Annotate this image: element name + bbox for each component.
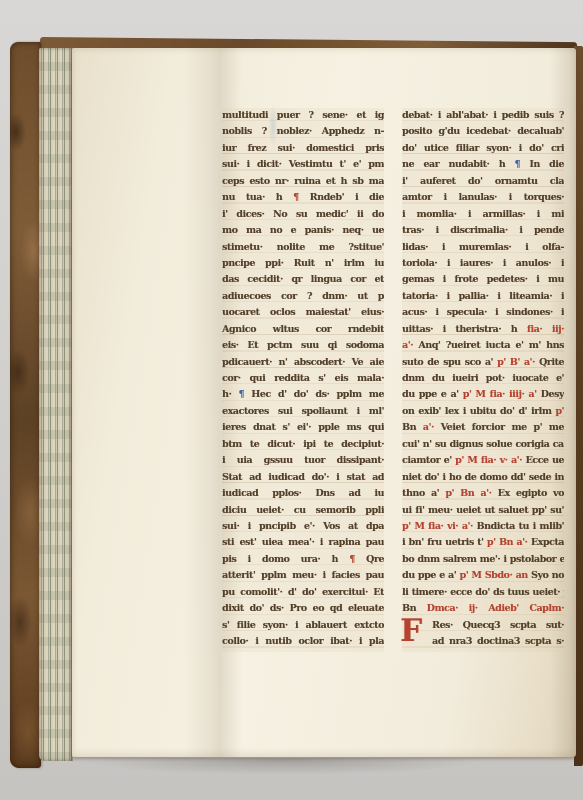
manuscript-line: cui' n' su dignus solue corigia cal	[402, 437, 564, 453]
body-text: acus· i specula· i sindones· i	[402, 307, 564, 318]
body-text: sui· i dicit· Vestimtu t' e' pm	[222, 159, 384, 170]
manuscript-line: ui fi' meu· ueiet ut saluet pp' su'	[402, 503, 564, 519]
rubric-text: Dmca· ij· Adieb' Caplm·	[427, 603, 564, 614]
manuscript-line: du ppe e a' p' M Sbdo· an Syo no	[402, 568, 564, 584]
body-text: du ppe e a'	[402, 570, 460, 581]
manuscript-line: ne ear nudabit· h ¶ In die	[402, 157, 564, 173]
body-text: on exib' lex i ubitu do' d' irlm	[402, 406, 555, 417]
body-text: ad nra3 doctina3 scpta s·	[432, 636, 564, 647]
manuscript-line: ieres dnat s' ei'· pple ms qui	[222, 420, 384, 436]
body-text: i' dices· No su medic' ii do	[222, 209, 384, 220]
body-text: Anq' ?ueiret iucta e' m' hns	[418, 340, 564, 351]
body-text: tatoria· i pallia· i liteamia· i	[402, 291, 564, 302]
body-text: eis· Et pctm suu qi sodoma	[222, 340, 384, 351]
manuscript-line: s' filie syon· i ablauert extcto	[222, 618, 384, 634]
body-text: ciamtor e'	[402, 455, 455, 466]
body-text: dnm du iueiri pot· iuocate e'	[402, 373, 564, 384]
body-text: posito g'du icedebat· decaluab'	[402, 126, 564, 137]
text-column-right: debat· i abl'abat· i pedib suis ?posito …	[402, 108, 564, 652]
body-text: Syo no	[531, 570, 564, 581]
manuscript-line: amtor i lanulas· i torques·	[402, 190, 564, 206]
rubric-text: fia· iij·	[527, 324, 564, 335]
body-text: Bndicta tu i mlib'	[477, 521, 564, 532]
manuscript-line: diciu ueiet· cu semorib ppli	[222, 503, 384, 519]
manuscript-line: tatoria· i pallia· i liteamia· i	[402, 289, 564, 305]
body-text: uittas· i theristra· h	[402, 324, 527, 335]
manuscript-line: pu comolit'· d' do' exercitui· Et	[222, 585, 384, 601]
manuscript-line: uocaret oclos maiestat' eius·	[222, 305, 384, 321]
drop-cap-initial: F	[400, 614, 429, 648]
rubric-text: a'·	[423, 422, 441, 433]
manuscript-line: ciamtor e' p' M fia· v· a'· Ecce ue	[402, 453, 564, 469]
rubric-text: p' M fia· v· a'·	[455, 455, 525, 466]
body-text: suto de spu sco a'	[402, 357, 497, 368]
body-text: i' auferet do' ornamtu cla	[402, 176, 564, 187]
body-text: Ecce ue	[525, 455, 564, 466]
body-text: bo dnm salrem me'· i pstolabor eu	[402, 554, 564, 565]
manuscript-line: i' auferet do' ornamtu cla	[402, 174, 564, 190]
manuscript-line: collo· i nutib oclor ibat· i pla	[222, 634, 384, 650]
body-text: s' filie syon· i ablauert extcto	[222, 620, 384, 631]
rubric-text: p' Bn a'·	[445, 488, 497, 499]
rubric-text: p' Bn a'·	[487, 537, 531, 548]
body-text: pu comolit'· d' do' exercitui· Et	[222, 587, 384, 598]
rubric-text: a'·	[402, 340, 418, 351]
manuscript-line: uittas· i theristra· h fia· iij·	[402, 322, 564, 338]
body-text: ieres dnat s' ei'· pple ms qui	[222, 422, 384, 433]
manuscript-line: p' M fia· vi· a'· Bndicta tu i mlib'	[402, 519, 564, 535]
manuscript-line: du ppe e a' p' M fia· iiij· a' Desy	[402, 387, 564, 403]
body-text: niet do' i ho de domo dd' sede in	[402, 472, 564, 483]
body-text: btm te dicut· ipi te decipiut·	[222, 439, 384, 450]
manuscript-line: Bn a'· Veiet forcior me p' me	[402, 420, 564, 436]
body-text: ne ear nudabit· h	[402, 159, 514, 170]
body-text: stimetu· nolite me ?stitue'	[222, 242, 384, 253]
manuscript-line: eis· Et pctm suu qi sodoma	[222, 338, 384, 354]
body-text: i momlia· i armillas· i mi	[402, 209, 564, 220]
body-text: das cecidit· qr lingua cor et	[222, 274, 384, 285]
body-text: Bn	[402, 422, 423, 433]
body-text: toriola· i iaures· i anulos· i	[402, 258, 564, 269]
manuscript-line: cor· qui reddita s' eis mala·	[222, 371, 384, 387]
manuscript-line: multitudi puer ? sene· et ig	[222, 108, 384, 124]
manuscript-line: das cecidit· qr lingua cor et	[222, 272, 384, 288]
body-text: mo ma no e panis· neq· ue	[222, 225, 384, 236]
rubric-text: p' M fia· vi· a'·	[402, 521, 477, 532]
manuscript-photo: multitudi puer ? sene· et ignoblis ? nob…	[0, 0, 583, 800]
body-text: cor· qui reddita s' eis mala·	[222, 373, 384, 384]
body-text: Stat ad iudicad do'· i stat ad	[222, 472, 384, 483]
body-text: i uia gssuu tuor dissipant·	[222, 455, 384, 466]
body-text: adiuecoes cor ? dnm· ut p	[222, 291, 384, 302]
book-shadow	[20, 758, 568, 780]
body-text: iur frez sui· domestici pris	[222, 143, 384, 154]
body-text: lidas· i muremlas· i olfa-	[402, 242, 564, 253]
manuscript-line: a'· Anq' ?ueiret iucta e' m' hns	[402, 338, 564, 354]
manuscript-line: iudicad pplos· Dns ad iu	[222, 486, 384, 502]
manuscript-line: dixit do' ds· Pro eo qd eleuate	[222, 601, 384, 617]
manuscript-line: i momlia· i armillas· i mi	[402, 207, 564, 223]
manuscript-line: acus· i specula· i sindones· i	[402, 305, 564, 321]
manuscript-line: bo dnm salrem me'· i pstolabor eu	[402, 552, 564, 568]
manuscript-line: btm te dicut· ipi te decipiut·	[222, 437, 384, 453]
body-text: Rndeb' i die	[299, 192, 384, 203]
manuscript-line: sti est' uiea mea'· i rapina pau	[222, 535, 384, 551]
manuscript-line: li timere· ecce do' ds tuus ueiet· p'	[402, 585, 564, 601]
body-text: Qrite	[539, 357, 564, 368]
body-text: Res· Quecq3 scpta sut·	[432, 620, 564, 631]
leather-cover-edge	[10, 42, 41, 768]
body-text: Hec d' do' ds· pplm me	[244, 389, 384, 400]
manuscript-line: sui· i pncipib e'· Vos at dpa	[222, 519, 384, 535]
body-text: do' utice filiar syon· i do' cri	[402, 143, 564, 154]
body-text: amtor i lanulas· i torques·	[402, 192, 564, 203]
body-text: atterit' pplm meu· i facies pau	[222, 570, 384, 581]
body-text: iudicad pplos· Dns ad iu	[222, 488, 384, 499]
body-text: ui fi' meu· ueiet ut saluet pp' su'	[402, 505, 564, 516]
manuscript-line: iur frez sui· domestici pris	[222, 141, 384, 157]
manuscript-line: mo ma no e panis· neq· ue	[222, 223, 384, 239]
manuscript-line: toriola· i iaures· i anulos· i	[402, 256, 564, 272]
body-text: thno a'	[402, 488, 445, 499]
manuscript-line: noblis ? noblez· Apphedz n-	[222, 124, 384, 140]
body-text: tras· i discrimalia· i pende	[402, 225, 564, 236]
body-text: i bn' fru uetris t'	[402, 537, 487, 548]
body-text: cui' n' su dignus solue corigia cal	[402, 439, 564, 450]
body-text: li timere· ecce do' ds tuus ueiet·	[402, 587, 563, 598]
rubric-text: p' M fia· iiij· a'	[463, 389, 541, 400]
body-text: h·	[222, 389, 238, 400]
manuscript-line: ceps esto nr· ruina et h sb ma	[222, 174, 384, 190]
manuscript-line: adiuecoes cor ? dnm· ut p	[222, 289, 384, 305]
manuscript-line: debat· i abl'abat· i pedib suis ?	[402, 108, 564, 124]
open-parchment-page: multitudi puer ? sene· et ignoblis ? nob…	[72, 48, 576, 757]
body-text: collo· i nutib oclor ibat· i pla	[222, 636, 384, 647]
manuscript-line: pis i domo ura· h ¶ Qre	[222, 552, 384, 568]
manuscript-line: exactores sui spoliaunt i ml'	[222, 404, 384, 420]
manuscript-line: sui· i dicit· Vestimtu t' e' pm	[222, 157, 384, 173]
body-text: sui· i pncipib e'· Vos at dpa	[222, 521, 384, 532]
body-text: In die	[520, 159, 564, 170]
manuscript-line: gemas i frote pedetes· i mu	[402, 272, 564, 288]
body-text: exactores sui spoliaunt i ml'	[222, 406, 384, 417]
rubric-text: p'	[563, 587, 564, 598]
manuscript-line: Agnico wltus cor rndebit	[222, 322, 384, 338]
body-text: sti est' uiea mea'· i rapina pau	[222, 537, 384, 548]
rubric-text: p' B' a'·	[497, 357, 539, 368]
manuscript-line: suto de spu sco a' p' B' a'· Qrite	[402, 355, 564, 371]
manuscript-line: tras· i discrimalia· i pende	[402, 223, 564, 239]
body-text: Ex egipto vo	[498, 488, 564, 499]
body-text: Agnico wltus cor rndebit	[222, 324, 384, 335]
body-text: diciu ueiet· cu semorib ppli	[222, 505, 384, 516]
manuscript-line: dnm du iueiri pot· iuocate e'	[402, 371, 564, 387]
page-fore-edges	[39, 48, 73, 761]
manuscript-line: on exib' lex i ubitu do' d' irlm p'	[402, 404, 564, 420]
manuscript-line: atterit' pplm meu· i facies pau	[222, 568, 384, 584]
manuscript-line: do' utice filiar syon· i do' cri	[402, 141, 564, 157]
body-text: dixit do' ds· Pro eo qd eleuate	[222, 603, 384, 614]
rubric-text: p'	[555, 406, 564, 417]
body-text: Qre	[355, 554, 384, 565]
body-text: nu tua· h	[222, 192, 293, 203]
manuscript-line: lidas· i muremlas· i olfa-	[402, 240, 564, 256]
text-column-left: multitudi puer ? sene· et ignoblis ? nob…	[222, 108, 384, 652]
body-text: du ppe e a'	[402, 389, 463, 400]
body-text: multitudi puer ? sene· et ig	[222, 110, 384, 121]
body-text: pncipe ppi· Ruit n' irlm iu	[222, 258, 384, 269]
body-text: Veiet forcior me p' me	[441, 422, 564, 433]
body-text: pis i domo ura· h	[222, 554, 349, 565]
rubric-text: p' M Sbdo· an	[460, 570, 532, 581]
manuscript-line: thno a' p' Bn a'· Ex egipto vo	[402, 486, 564, 502]
body-text: uocaret oclos maiestat' eius·	[222, 307, 384, 318]
body-text: noblis ? noblez· Apphedz n-	[222, 126, 384, 137]
manuscript-line: stimetu· nolite me ?stitue'	[222, 240, 384, 256]
manuscript-line: pncipe ppi· Ruit n' irlm iu	[222, 256, 384, 272]
manuscript-line: h· ¶ Hec d' do' ds· pplm me	[222, 387, 384, 403]
body-text: Desy	[541, 389, 564, 400]
manuscript-line: pdicauert· n' abscodert· Ve aie	[222, 355, 384, 371]
manuscript-line: i' dices· No su medic' ii do	[222, 207, 384, 223]
manuscript-line: nu tua· h ¶ Rndeb' i die	[222, 190, 384, 206]
body-text: Expcta	[531, 537, 564, 548]
manuscript-line: Stat ad iudicad do'· i stat ad	[222, 470, 384, 486]
manuscript-line: posito g'du icedebat· decaluab'	[402, 124, 564, 140]
manuscript-line: niet do' i ho de domo dd' sede in	[402, 470, 564, 486]
body-text: gemas i frote pedetes· i mu	[402, 274, 564, 285]
body-text: pdicauert· n' abscodert· Ve aie	[222, 357, 384, 368]
manuscript-line: i bn' fru uetris t' p' Bn a'· Expcta	[402, 535, 564, 551]
manuscript-line: i uia gssuu tuor dissipant·	[222, 453, 384, 469]
body-text: ceps esto nr· ruina et h sb ma	[222, 176, 384, 187]
body-text: debat· i abl'abat· i pedib suis ?	[402, 110, 564, 121]
